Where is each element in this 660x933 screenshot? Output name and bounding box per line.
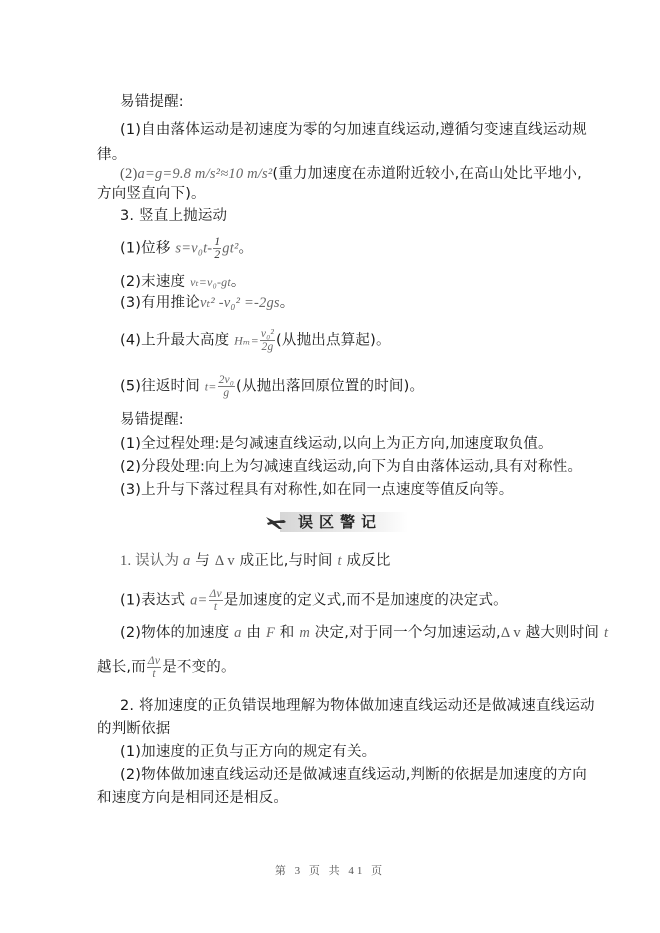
- frac-numerator: 1: [213, 236, 221, 249]
- formula-item: (2)末速度 vₜ=v₀-gt。: [120, 272, 246, 292]
- formula-item: (3)有用推论vₜ² -v₀² =-2gs。: [120, 293, 294, 313]
- tip-item: (2)a=g=9.8 m/s²≈10 m/s²(重力加速度在赤道附近较小,在高山…: [120, 164, 582, 184]
- mistake-item: (1)表达式 a=Δvt是加速度的定义式,而不是加速度的决定式。: [120, 588, 508, 613]
- formula: gt²: [222, 241, 238, 257]
- item-label: (2): [120, 166, 138, 182]
- item-label: (1)位移: [120, 241, 175, 257]
- formula: vₜ=v₀-gt: [190, 275, 231, 289]
- tip-item-continued: 律。: [97, 145, 126, 165]
- formula-item: (4)上升最大高度 Hₘ=v₀²2g(从抛出点算起)。: [120, 328, 391, 353]
- formula: vₜ² -v₀² =-2gs: [200, 295, 280, 311]
- fraction: 2v₀g: [218, 374, 235, 399]
- item-label: (1)表达式: [120, 593, 190, 609]
- tips-heading: 易错提醒:: [120, 410, 184, 430]
- variable-F: F: [266, 625, 275, 641]
- text: 与: [190, 553, 214, 569]
- formula: t=: [205, 380, 217, 394]
- variable-m: m: [299, 625, 310, 641]
- tip-item: (1)全过程处理:是匀减速直线运动,以向上为正方向,加速度取负值。: [120, 434, 553, 454]
- frac-denominator: 2: [213, 249, 221, 261]
- plane-icon: [264, 513, 288, 531]
- item-text: (从抛出点算起)。: [276, 333, 391, 349]
- text: 越长,而: [97, 660, 146, 676]
- tip-item-continued: 方向竖直向下)。: [97, 184, 206, 204]
- mistake-item: (2)物体的加速度 a 由 F 和 m 决定,对于同一个匀加速运动,Δ v 越大…: [120, 623, 608, 643]
- item-text: (重力加速度在赤道附近较小,在高山处比平地小,: [272, 166, 581, 182]
- formula: a=g=9.8 m/s²≈10 m/s²: [138, 166, 273, 182]
- mistake-item-continued: 越长,而Δvt是不变的。: [97, 655, 236, 680]
- item-label: (2)末速度: [120, 274, 190, 290]
- frac-numerator: 2v₀: [218, 374, 235, 387]
- tip-item: (1)自由落体运动是初速度为零的匀加速直线运动,遵循匀变速直线运动规: [120, 120, 587, 140]
- tip-item: (3)上升与下落过程具有对称性,如在同一点速度等值反向等。: [120, 480, 513, 500]
- section-heading: 3. 竖直上抛运动: [120, 206, 227, 226]
- item-label: (5)往返时间: [120, 379, 205, 395]
- item-text: (2)物体的加速度: [120, 625, 234, 641]
- variable-delta-v: Δ v: [501, 625, 521, 641]
- item-text: (从抛出落回原位置的时间)。: [236, 379, 424, 395]
- formula: a=: [190, 593, 207, 609]
- text: 由: [242, 625, 266, 641]
- text: 成反比: [342, 553, 391, 569]
- punct: 。: [280, 295, 295, 311]
- punct: 。: [239, 241, 254, 257]
- text: 决定,对于同一个匀加速运动,: [310, 625, 501, 641]
- fraction: 12: [213, 236, 221, 261]
- frac-numerator: v₀²: [260, 328, 275, 341]
- formula: Hₘ=: [234, 334, 259, 348]
- item-label: (4)上升最大高度: [120, 333, 234, 349]
- frac-denominator: 2g: [260, 341, 275, 353]
- page-footer: 第 3 页 共 41 页: [0, 862, 660, 878]
- banner-title: 误区警记: [298, 511, 382, 533]
- mistake-item: (2)物体做加速直线运动还是做减速直线运动,判断的依据是加速度的方向: [120, 765, 587, 785]
- tips-heading: 易错提醒:: [120, 92, 184, 112]
- text: 和: [275, 625, 299, 641]
- frac-denominator: t: [147, 668, 161, 680]
- fraction: v₀²2g: [260, 328, 275, 353]
- variable-a: a: [234, 625, 241, 641]
- formula-item: (5)往返时间 t=2v₀g(从抛出落回原位置的时间)。: [120, 374, 424, 399]
- frac-denominator: t: [209, 601, 223, 613]
- frac-denominator: g: [218, 387, 235, 399]
- mistake-item: (1)加速度的正负与正方向的规定有关。: [120, 742, 376, 762]
- item-label: (3)有用推论: [120, 295, 200, 311]
- fraction: Δvt: [209, 588, 223, 613]
- mistake-heading-continued: 的判断依据: [97, 719, 171, 739]
- text: 是不变的。: [162, 660, 236, 676]
- mistake-item-continued: 和速度方向是相同还是相反。: [97, 788, 288, 808]
- section-banner: 误区警记: [258, 509, 408, 535]
- variable-t: t: [604, 625, 608, 641]
- formula-item: (1)位移 s=v₀t-12gt²。: [120, 236, 253, 261]
- tip-item: (2)分段处理:向上为匀减速直线运动,向下为自由落体运动,具有对称性。: [120, 457, 582, 477]
- text: 越大则时间: [521, 625, 604, 641]
- mistake-heading: 1. 误认为 a 与 Δ v 成正比,与时间 t 成反比: [120, 551, 391, 571]
- heading-number: 1. 误认为: [120, 553, 183, 569]
- fraction: Δvt: [147, 655, 161, 680]
- frac-numerator: Δv: [147, 655, 161, 668]
- formula: s=v₀t-: [175, 241, 212, 257]
- document-page: 易错提醒: (1)自由落体运动是初速度为零的匀加速直线运动,遵循匀变速直线运动规…: [0, 0, 660, 933]
- item-text: 是加速度的定义式,而不是加速度的决定式。: [224, 593, 508, 609]
- mistake-heading: 2. 将加速度的正负错误地理解为物体做加速直线运动还是做减速直线运动: [120, 696, 595, 716]
- variable-delta-v: Δ v: [215, 553, 235, 569]
- text: 成正比,与时间: [235, 553, 338, 569]
- frac-numerator: Δv: [209, 588, 223, 601]
- punct: 。: [231, 274, 246, 290]
